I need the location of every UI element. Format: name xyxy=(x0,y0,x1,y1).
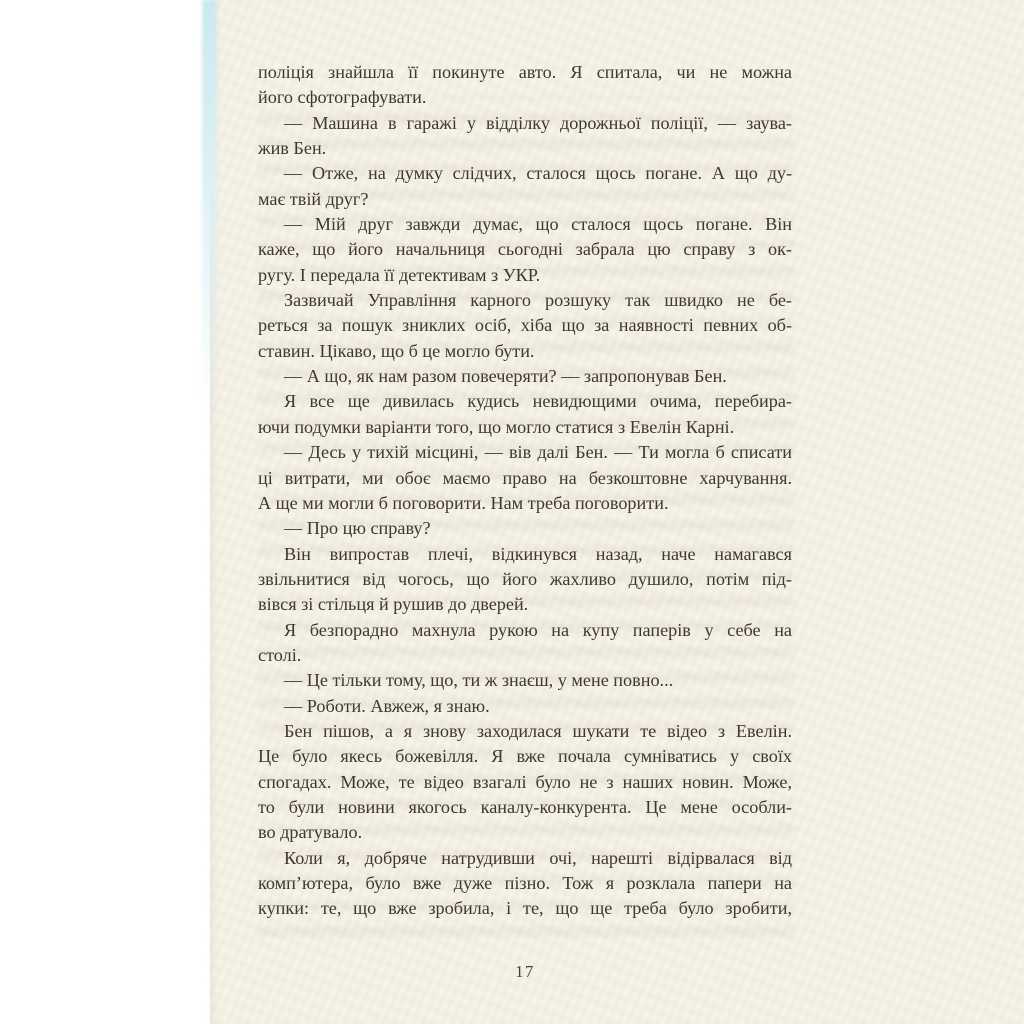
book-page: поліція знайшла її покинуте авто. Я спит… xyxy=(210,0,1024,1024)
text-line: ючи подумки варіанти того, що могло стат… xyxy=(258,415,792,440)
page-number: 17 xyxy=(258,962,792,982)
text-line: каже, що його начальниця сьогодні забрал… xyxy=(258,237,792,262)
text-line: ставин. Цікаво, що б це могло бути. xyxy=(258,339,792,364)
text-line: ці витрати, ми обоє маємо право на безко… xyxy=(258,466,792,491)
text-line: реться за пошук зниклих осіб, хіба що за… xyxy=(258,313,792,338)
text-line: А ще ми могли б поговорити. Нам треба по… xyxy=(258,491,792,516)
text-line: Я безпорадно махнула рукою на купу папер… xyxy=(258,618,792,643)
scanner-background xyxy=(0,0,210,1024)
text-line: — Машина в гаражі у відділку дорожньої п… xyxy=(258,111,792,136)
text-line: — Про цю справу? xyxy=(258,516,792,541)
text-line: має твій друг? xyxy=(258,187,792,212)
text-line: — Десь у тихій місцині, — вів далі Бен. … xyxy=(258,440,792,465)
text-line: — Отже, на думку слідчих, сталося щось п… xyxy=(258,161,792,186)
scanned-page-view: поліція знайшла її покинуте авто. Я спит… xyxy=(0,0,1024,1024)
text-line: Зазвичай Управління карного розшуку так … xyxy=(258,288,792,313)
text-line: купки: те, що вже зробила, і те, що ще т… xyxy=(258,896,792,921)
text-line: ругу. І передала її детективам з УКР. xyxy=(258,263,792,288)
text-line: спогадах. Може, те відео взагалі було не… xyxy=(258,770,792,795)
text-line: — А що, як нам разом повечеряти? — запро… xyxy=(258,364,792,389)
text-line: — Мій друг завжди думає, що сталося щось… xyxy=(258,212,792,237)
text-line: Коли я, добряче натрудивши очі, нарешті … xyxy=(258,846,792,871)
text-line: Це було якесь божевілля. Я вже почала су… xyxy=(258,744,792,769)
text-line: Бен пішов, а я знову заходилася шукати т… xyxy=(258,719,792,744)
text-line: Я все ще дивилась кудись невидющими очим… xyxy=(258,389,792,414)
text-line: комп’ютера, було вже дуже пізно. Тож я р… xyxy=(258,871,792,896)
text-line: столі. xyxy=(258,643,792,668)
text-line: його сфотографувати. xyxy=(258,85,792,110)
text-line: то були новини якогось каналу-конкурента… xyxy=(258,795,792,820)
text-line: — Роботи. Авжеж, я знаю. xyxy=(258,694,792,719)
text-line: звільнитися від чогось, що його жахливо … xyxy=(258,567,792,592)
text-line: поліція знайшла її покинуте авто. Я спит… xyxy=(258,60,792,85)
text-line: — Це тільки тому, що, ти ж знаєш, у мене… xyxy=(258,668,792,693)
text-line: вівся зі стільця й рушив до дверей. xyxy=(258,592,792,617)
text-line: во дратувало. xyxy=(258,820,792,845)
text-line: Він випростав плечі, відкинувся назад, н… xyxy=(258,542,792,567)
text-line: жив Бен. xyxy=(258,136,792,161)
text-block: поліція знайшла її покинуте авто. Я спит… xyxy=(258,60,792,922)
